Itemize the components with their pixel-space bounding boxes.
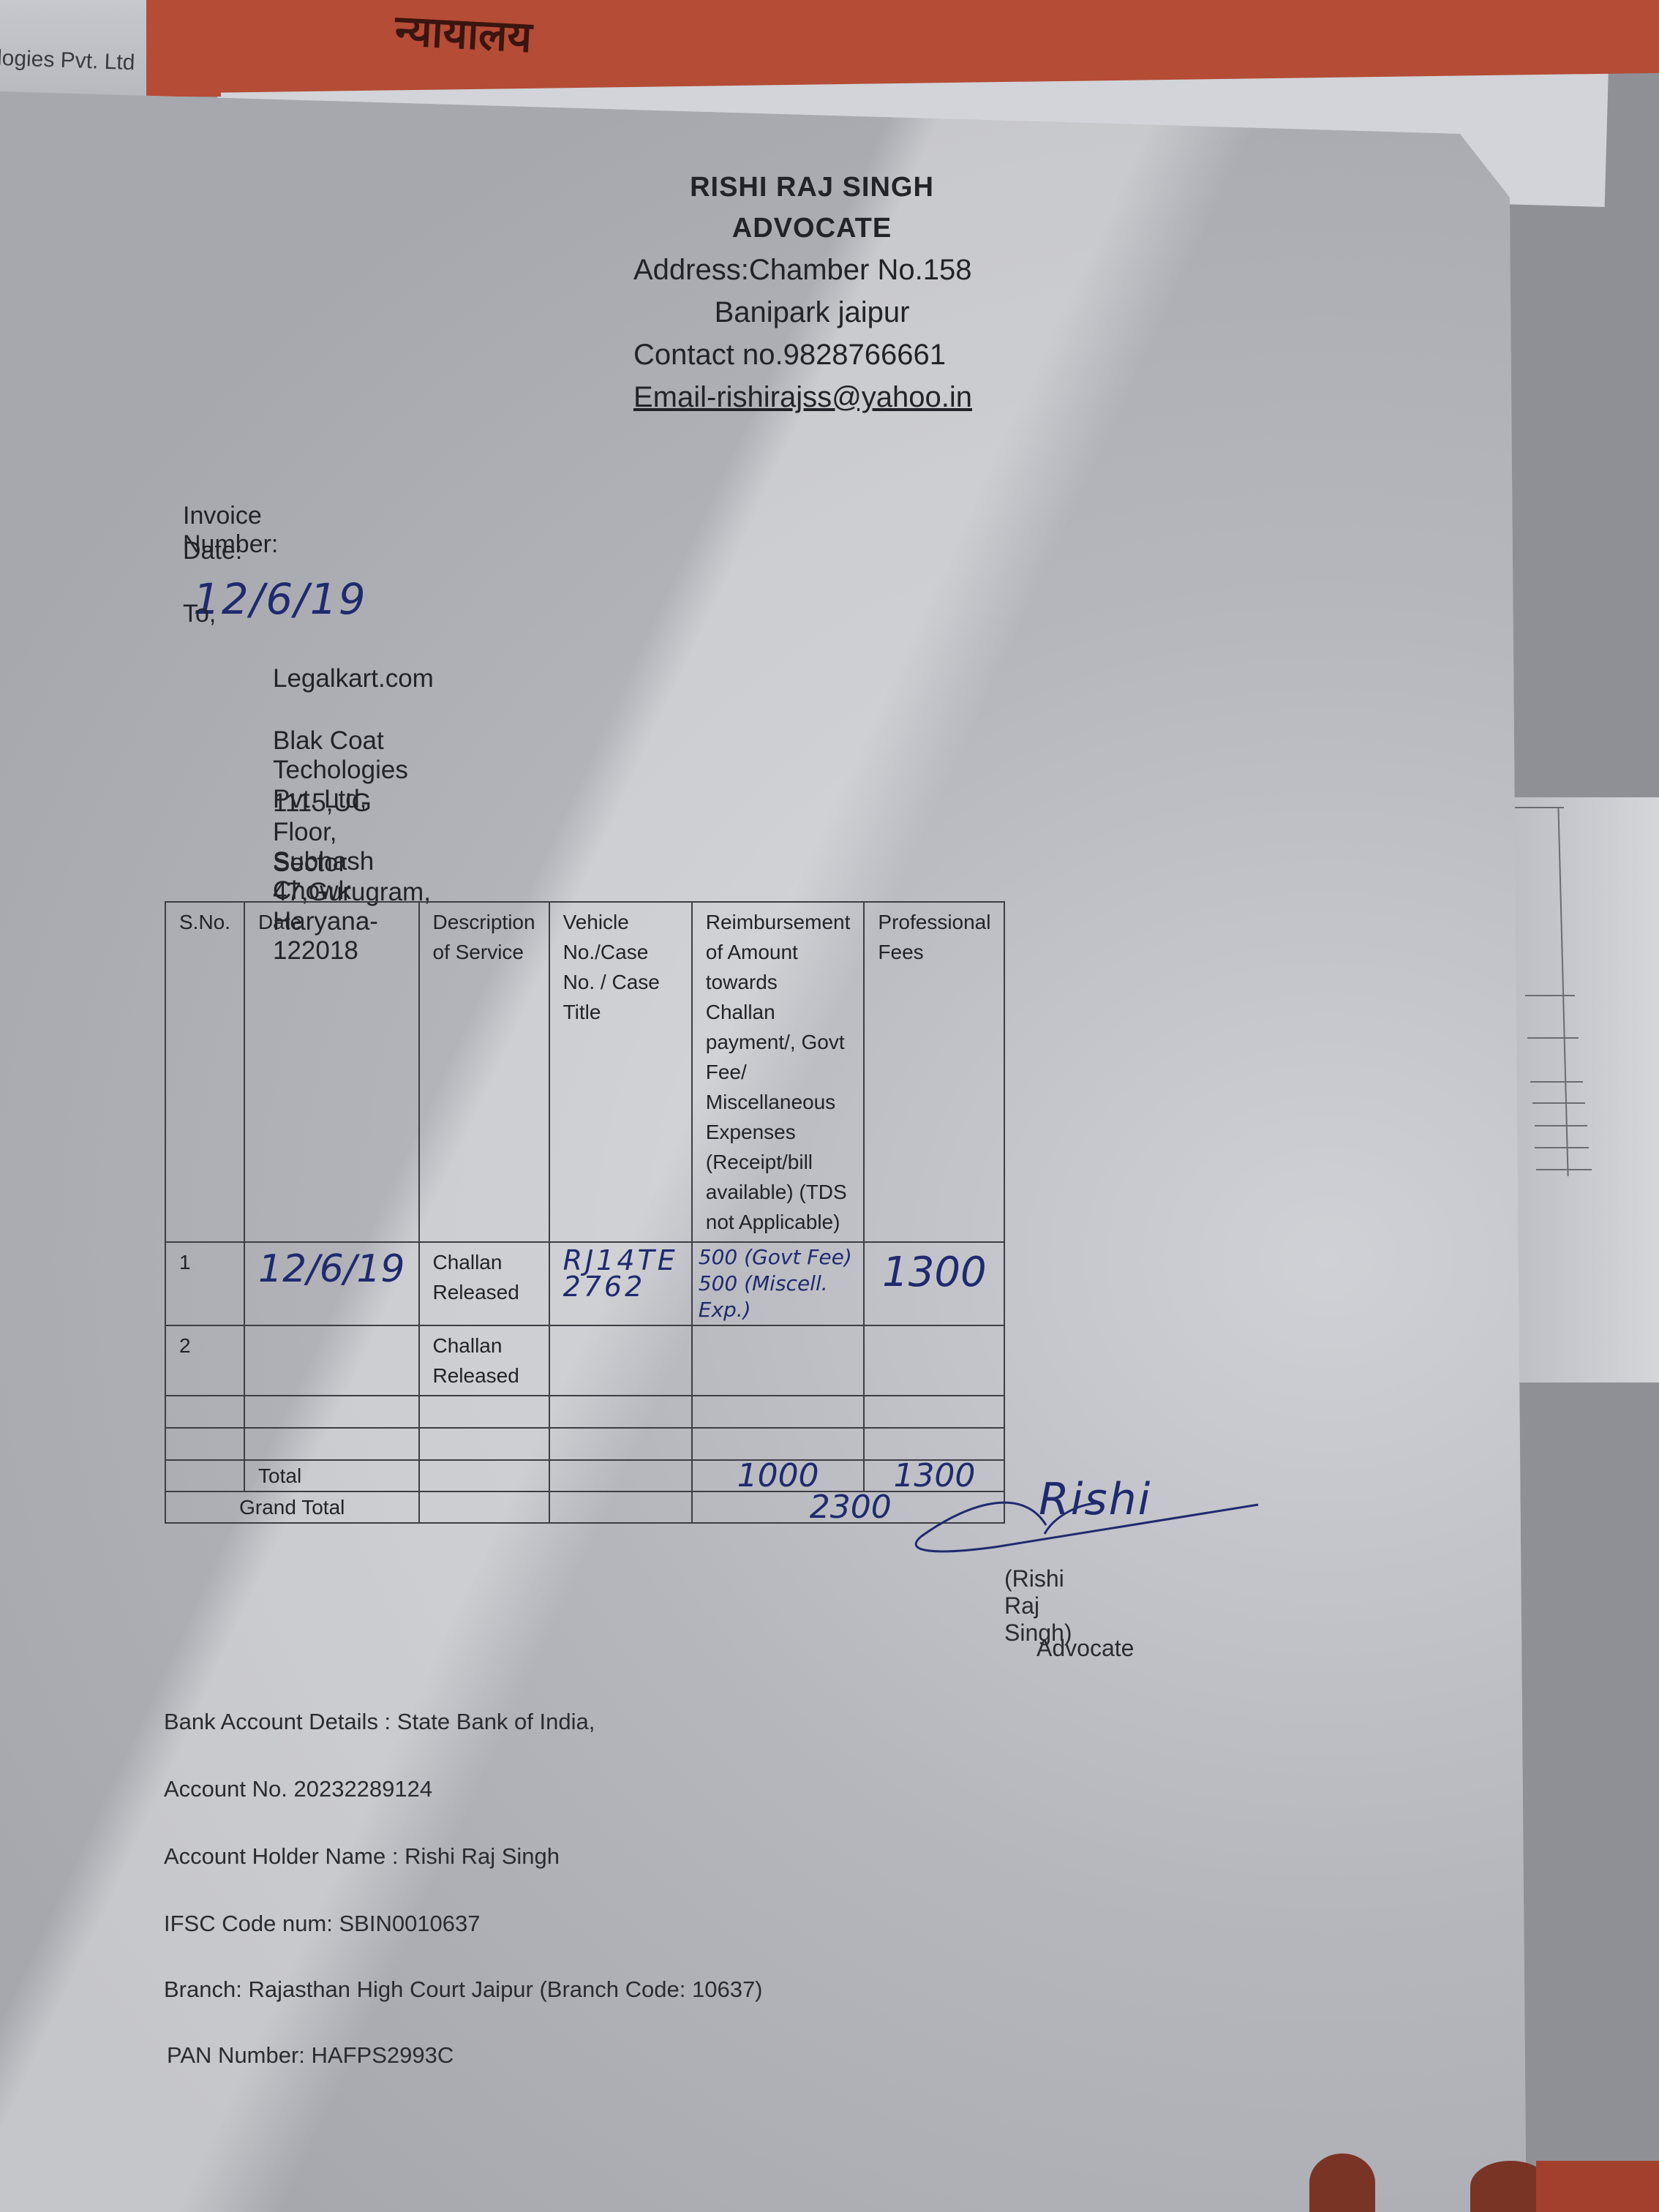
- advocate-title: ADVOCATE: [629, 208, 995, 249]
- table-header-row: S.No. Date Description of Service Vehicl…: [165, 902, 1004, 1242]
- table-row: 2 Challan Released: [165, 1325, 1004, 1396]
- to-label: To,: [183, 600, 216, 628]
- pan-number: PAN Number: HAFPS2993C: [167, 2042, 454, 2069]
- grand-total-label: Grand Total: [165, 1491, 419, 1523]
- header-vehicle: Vehicle No./Case No. / Case Title: [549, 902, 692, 1242]
- header-sno: S.No.: [165, 902, 244, 1242]
- table-row-empty: [165, 1428, 1004, 1460]
- table-row: 1 12/6/19 Challan Released RJ14TE 2762 5…: [165, 1242, 1004, 1325]
- cell-date: [244, 1325, 418, 1396]
- red-folder-edge: [146, 0, 221, 97]
- account-holder-name: Account Holder Name : Rishi Raj Singh: [164, 1843, 560, 1870]
- total-reimbursement: 1000: [692, 1460, 865, 1491]
- cell-vehicle: RJ14TE 2762: [549, 1242, 692, 1325]
- email-link[interactable]: Email-rishirajss@yahoo.in: [633, 376, 995, 418]
- invoice-date-label: Date:: [183, 537, 242, 565]
- background-folder-text: logies Pvt. Ltd: [0, 46, 135, 76]
- branch: Branch: Rajasthan High Court Jaipur (Bra…: [164, 1976, 763, 2003]
- finger-left: [1309, 2153, 1375, 2212]
- ifsc-code: IFSC Code num: SBIN0010637: [164, 1911, 481, 1937]
- reimbursement-misc-exp: 500 (Miscell. Exp.): [699, 1271, 858, 1323]
- signatory-role: Advocate: [1037, 1635, 1134, 1662]
- bank-details: Bank Account Details : State Bank of Ind…: [164, 1709, 595, 1735]
- header-date: Date: [244, 902, 418, 1242]
- recipient-line-1: Legalkart.com: [273, 664, 434, 693]
- header-description: Description of Service: [419, 902, 549, 1242]
- contact-number: Contact no.9828766661: [633, 334, 995, 376]
- cell-vehicle: [549, 1325, 692, 1396]
- account-number: Account No. 20232289124: [164, 1776, 432, 1802]
- hindi-folder-label: न्यायालय: [394, 0, 533, 64]
- red-folder-bottom: [1536, 2161, 1659, 2212]
- header-reimbursement: Reimbursement of Amount towards Challan …: [692, 902, 865, 1242]
- table-grand-total-row: Grand Total 2300: [165, 1491, 1004, 1523]
- address-line-2: Banipark jaipur: [629, 291, 995, 334]
- advocate-name: RISHI RAJ SINGH: [629, 167, 995, 208]
- cell-professional-fees: 1300: [864, 1242, 1004, 1325]
- invoice-date-handwritten: 12/6/19: [193, 574, 367, 624]
- cell-sno: 1: [165, 1242, 244, 1325]
- letterhead: RISHI RAJ SINGH ADVOCATE Address:Chamber…: [629, 167, 995, 418]
- cell-description: Challan Released: [419, 1242, 549, 1325]
- cell-date: 12/6/19: [244, 1242, 418, 1325]
- signature: Rishi: [907, 1467, 1273, 1569]
- table-row-empty: [165, 1396, 1004, 1428]
- cell-sno: 2: [165, 1325, 244, 1396]
- signature-handwritten: Rishi: [1039, 1474, 1151, 1525]
- cell-reimbursement: [692, 1325, 865, 1396]
- cell-professional-fees: [864, 1325, 1004, 1396]
- cell-description: Challan Released: [419, 1325, 549, 1396]
- cell-reimbursement: 500 (Govt Fee) 500 (Miscell. Exp.): [692, 1242, 865, 1325]
- header-professional-fees: Professional Fees: [864, 902, 1004, 1242]
- invoice-table: S.No. Date Description of Service Vehicl…: [165, 901, 1005, 1524]
- reimbursement-govt-fee: 500 (Govt Fee): [699, 1244, 858, 1271]
- table-total-row: Total 1000 1300: [165, 1460, 1004, 1491]
- address-line-1: Address:Chamber No.158: [633, 249, 995, 291]
- total-label: Total: [244, 1460, 418, 1491]
